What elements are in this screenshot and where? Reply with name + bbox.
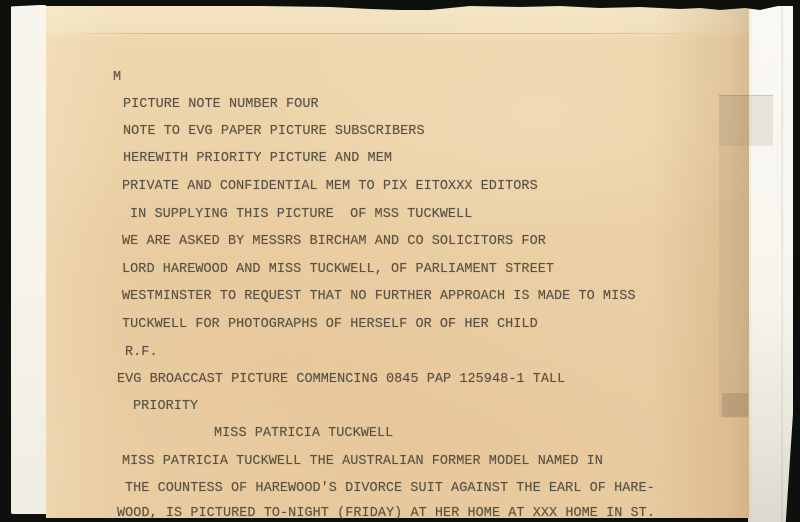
typewritten-line: NOTE TO EVG PAPER PICTURE SUBSCRIBERS [123, 125, 425, 139]
typewritten-line: M [113, 71, 121, 85]
typewritten-line: WOOD, IS PICTURED TO-NIGHT (FRIDAY) AT H… [117, 507, 655, 521]
typewritten-line: IN SUPPLYING THIS PICTURE OF MSS TUCKWEL… [130, 208, 472, 222]
typewritten-line: R.F. [125, 346, 158, 360]
typewritten-line: MISS PATRICIA TUCKWELL THE AUSTRALIAN FO… [122, 455, 603, 469]
typewritten-line: TUCKWELL FOR PHOTOGRAPHS OF HERSELF OR O… [122, 318, 538, 332]
typewritten-line: WE ARE ASKED BY MESSRS BIRCHAM AND CO SO… [122, 235, 546, 249]
typewritten-line: THE COUNTESS OF HAREWOOD'S DIVORCE SUIT … [125, 482, 655, 496]
typewritten-line: PRIVATE AND CONFIDENTIAL MEM TO PIX EITO… [122, 180, 538, 194]
typewritten-line: HEREWITH PRIORITY PICTURE AND MEM [123, 152, 392, 166]
typewritten-line: LORD HAREWOOD AND MISS TUCKWELL, OF PARL… [122, 263, 554, 277]
scanned-photo-of-typewritten-note: MPICTURE NOTE NUMBER FOURNOTE TO EVG PAP… [0, 0, 800, 522]
typewritten-line: MISS PATRICIA TUCKWELL [214, 427, 393, 441]
typewritten-line: PRIORITY [133, 400, 198, 414]
typewritten-line: PICTURE NOTE NUMBER FOUR [123, 98, 319, 112]
typewritten-line: EVG BROACCAST PICTURE COMMENCING 0845 PA… [117, 373, 565, 387]
typewritten-text-block: MPICTURE NOTE NUMBER FOURNOTE TO EVG PAP… [0, 0, 800, 522]
typewritten-line: WESTMINSTER TO REQUEST THAT NO FURTHER A… [122, 290, 636, 304]
